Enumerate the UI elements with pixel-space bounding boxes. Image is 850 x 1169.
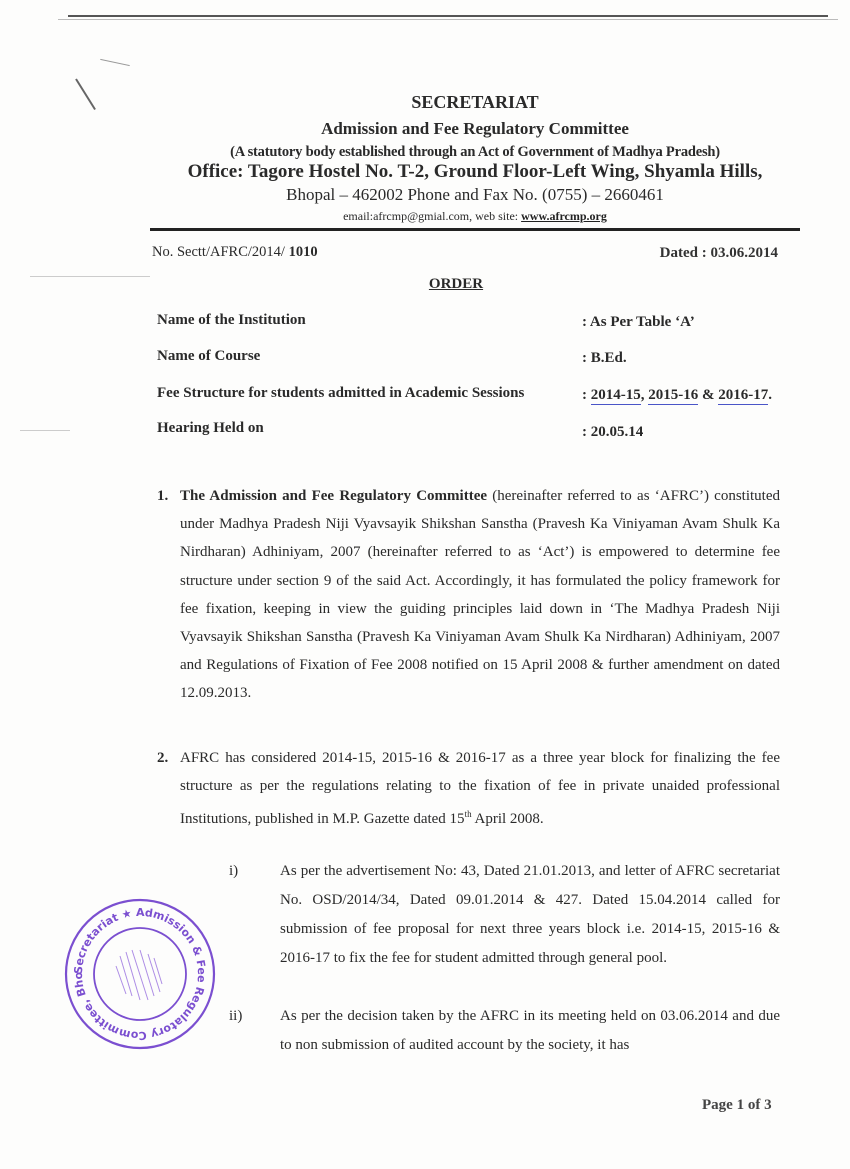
- detail-label-hearing: Hearing Held on: [157, 420, 264, 437]
- detail-label-sessions: Fee Structure for students admitted in A…: [157, 385, 524, 402]
- paragraph-1: The Admission and Fee Regulatory Committ…: [180, 482, 780, 708]
- website-link[interactable]: www.afrcmp.org: [521, 209, 607, 223]
- city-phone: Bhopal – 462002 Phone and Fax No. (0755)…: [150, 185, 800, 205]
- session-2016-17: 2016-17: [718, 387, 768, 405]
- subpoint-ii: As per the decision taken by the AFRC in…: [280, 1002, 780, 1060]
- contact-line: email:afrcmp@gmial.com, web site: www.af…: [150, 209, 800, 224]
- reference-number: No. Sectt/AFRC/2014/ 1010: [152, 244, 318, 261]
- header-rule: [150, 228, 800, 231]
- statutory-note: (A statutory body established through an…: [150, 144, 800, 161]
- detail-label-institution: Name of the Institution: [157, 312, 306, 329]
- paragraph-lead: The Admission and Fee Regulatory Committ…: [180, 488, 487, 504]
- paragraph-text: (hereinafter referred to as ‘AFRC’) cons…: [180, 488, 780, 701]
- official-seal-stamp: Secretariat ★ Admission & Fee Regulatory…: [62, 896, 218, 1052]
- email-text: email:afrcmp@gmial.com, web site:: [343, 209, 521, 223]
- order-date: Dated : 03.06.2014: [660, 245, 778, 262]
- detail-label-course: Name of Course: [157, 348, 260, 365]
- subpoint-i: As per the advertisement No: 43, Dated 2…: [280, 857, 780, 973]
- subpoint-number: i): [229, 863, 238, 880]
- letterhead-title: SECRETARIAT: [150, 92, 800, 113]
- paragraph-2: AFRC has considered 2014-15, 2015-16 & 2…: [180, 744, 780, 834]
- detail-value-course: : B.Ed.: [582, 350, 627, 367]
- subpoint-number: ii): [229, 1008, 242, 1025]
- scan-artifact: [100, 59, 130, 66]
- session-2014-15: 2014-15: [591, 387, 641, 405]
- scan-artifact: [75, 78, 96, 110]
- detail-value-hearing: : 20.05.14: [582, 424, 643, 441]
- scan-edge: [38, 12, 838, 18]
- paragraph-number: 1.: [157, 488, 168, 505]
- detail-value-institution: : As Per Table ‘A’: [582, 314, 695, 331]
- order-heading: ORDER: [0, 276, 850, 293]
- office-address: Office: Tagore Hostel No. T-2, Ground Fl…: [150, 161, 800, 183]
- detail-value-sessions: : 2014-15, 2015-16 & 2016-17.: [582, 387, 772, 404]
- sessions-prefix: :: [582, 387, 591, 403]
- paragraph-number: 2.: [157, 750, 168, 767]
- superscript: th: [465, 809, 472, 819]
- reference-value: 1010: [289, 244, 318, 260]
- reference-prefix: No. Sectt/AFRC/2014/: [152, 244, 289, 260]
- page-number: Page 1 of 3: [702, 1097, 772, 1114]
- paragraph-text-end: April 2008.: [472, 811, 544, 827]
- organization-name: Admission and Fee Regulatory Committee: [150, 119, 800, 139]
- scan-artifact: [20, 430, 70, 431]
- session-2015-16: 2015-16: [648, 387, 698, 405]
